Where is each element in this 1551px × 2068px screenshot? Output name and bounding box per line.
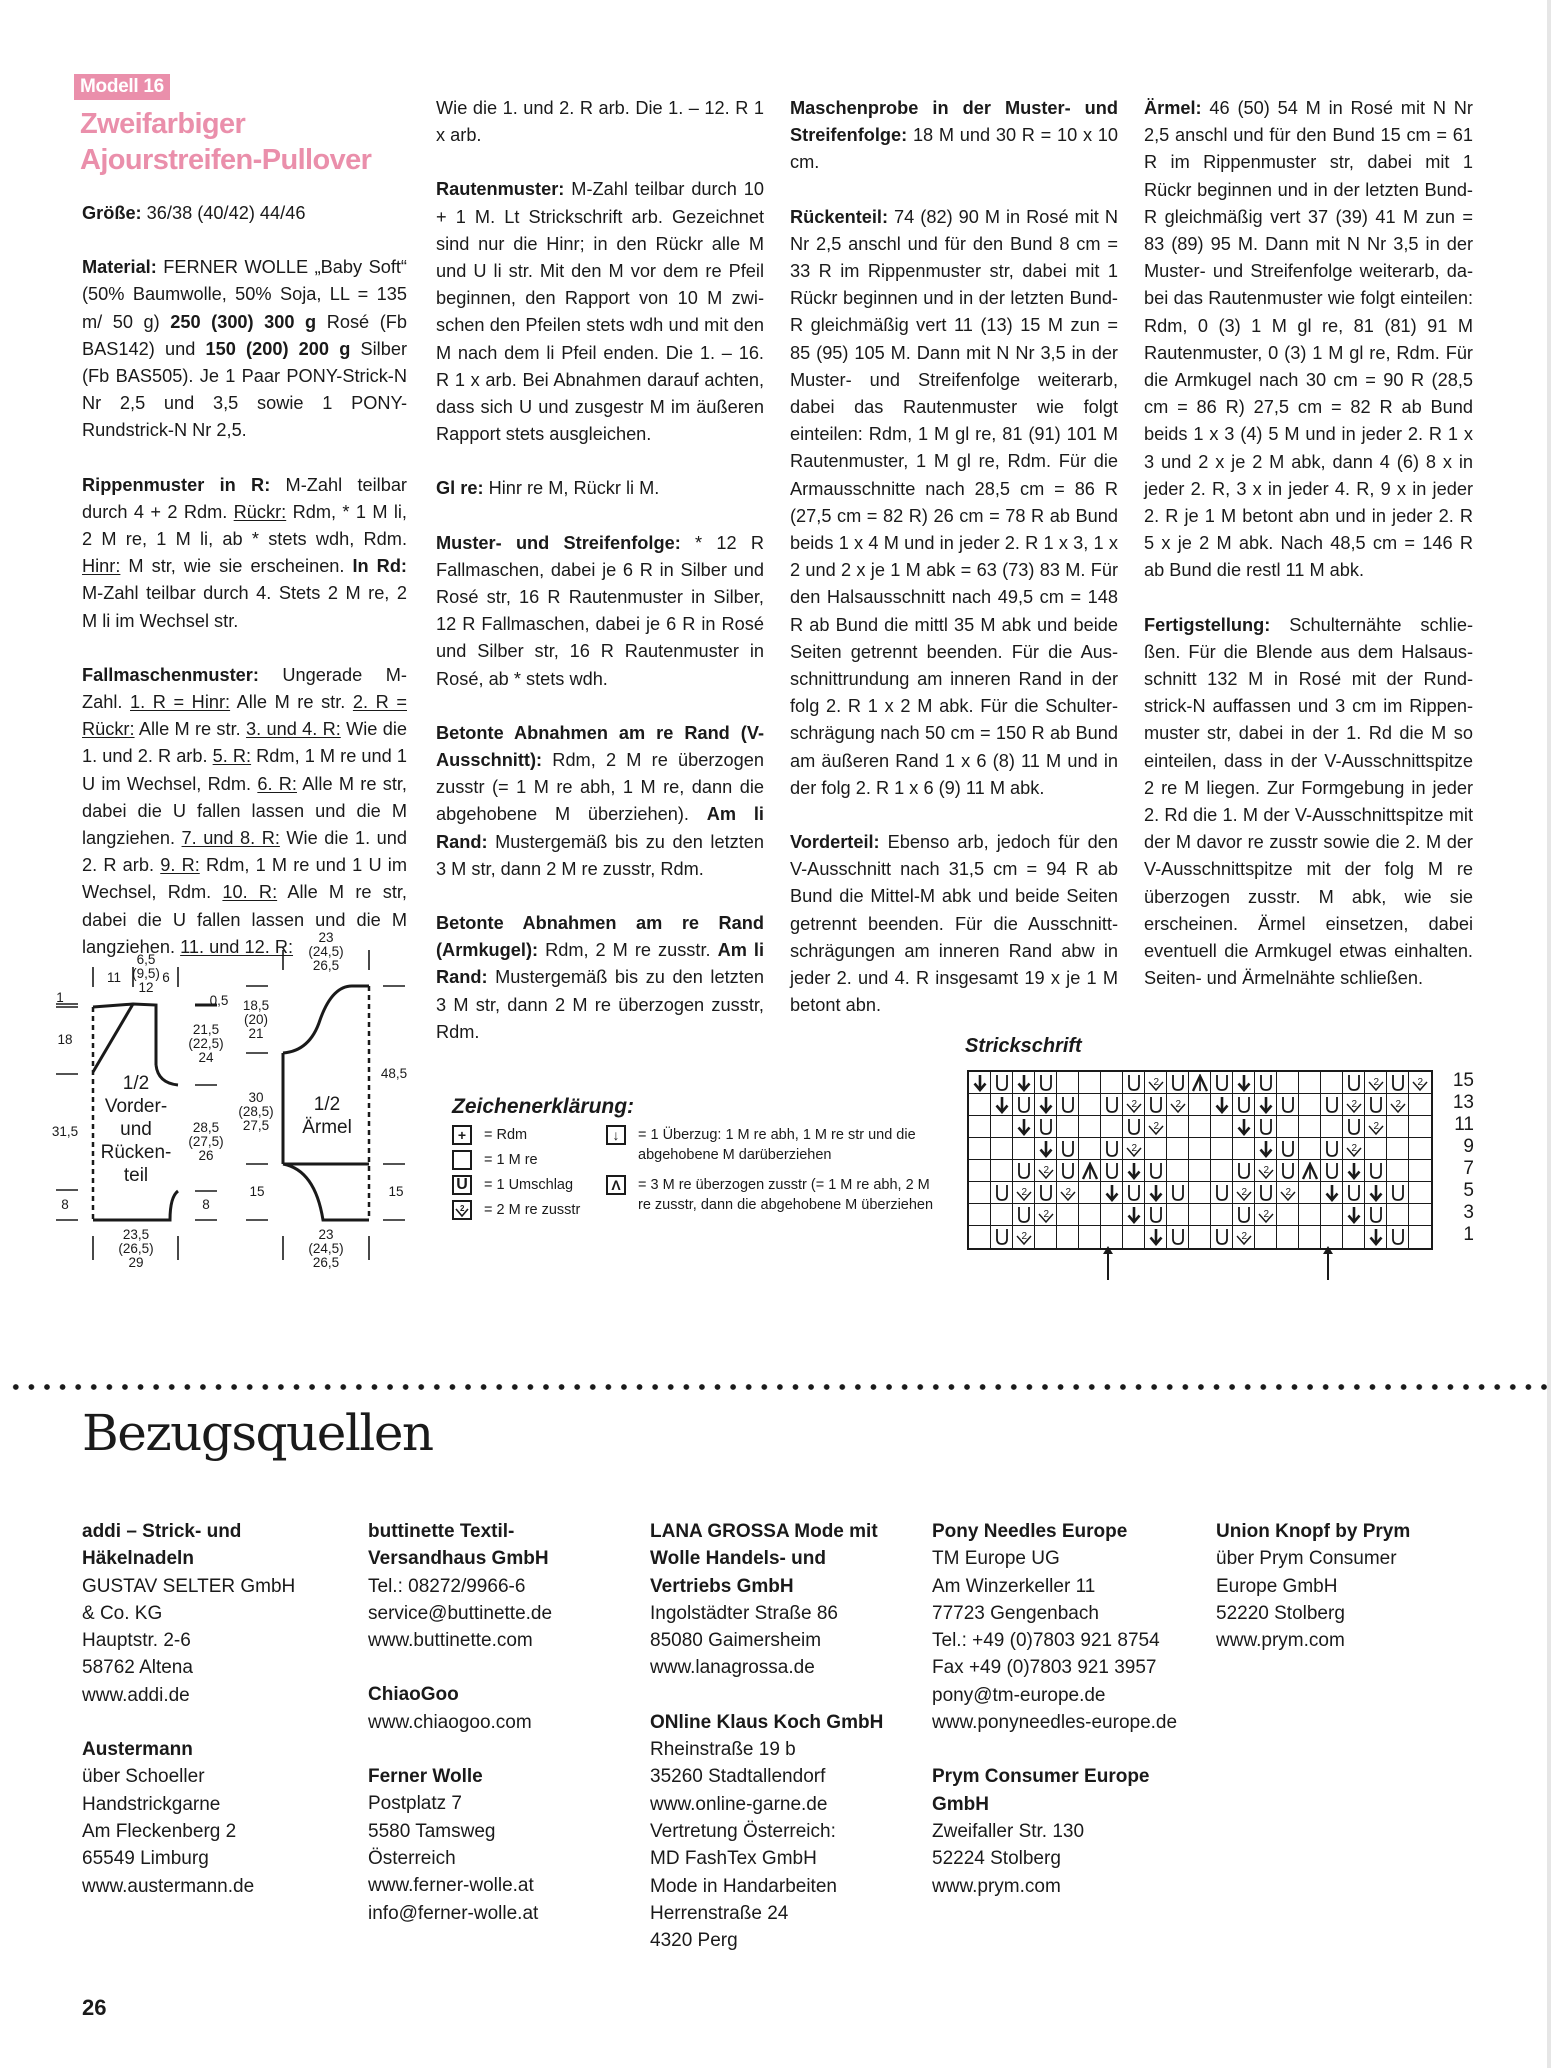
chart-cell xyxy=(1343,1072,1365,1094)
supplier-website[interactable]: www.chiaogoo.com xyxy=(368,1709,648,1736)
yarn-over-icon xyxy=(1017,1096,1031,1114)
chart-cell xyxy=(1189,1182,1211,1204)
pattern-title: Zweifarbiger Ajourstreifen-Pullover xyxy=(80,106,371,178)
svg-text:2: 2 xyxy=(460,1204,465,1213)
chart-cell xyxy=(1387,1138,1409,1160)
chart-cell xyxy=(1321,1116,1343,1138)
supplier-email[interactable]: info@ferner-wolle.at xyxy=(368,1900,648,1927)
chart-cell xyxy=(1057,1226,1079,1248)
chart-cell xyxy=(1409,1160,1431,1182)
legend-text: = 3 M re überzogen zusstr (= 1 M re abh,… xyxy=(638,1175,938,1215)
chart-cell xyxy=(1035,1138,1057,1160)
chart-cell xyxy=(1123,1160,1145,1182)
chart-cell xyxy=(1277,1204,1299,1226)
chart-cell xyxy=(1013,1138,1035,1160)
k2tog-icon: 2 xyxy=(1015,1228,1033,1246)
supplier-address-line: Herrenstraße 24 xyxy=(650,1900,930,1927)
chart-cell xyxy=(1321,1204,1343,1226)
legend-item-k2tog: 2 = 2 M re zusstr xyxy=(452,1200,614,1220)
svg-text:2: 2 xyxy=(1285,1187,1291,1198)
text: 36/38 (40/42) 44/46 xyxy=(142,203,306,223)
chart-cell xyxy=(1057,1204,1079,1226)
supplier-address-line: MD FashTex GmbH xyxy=(650,1845,930,1872)
yarn-over-icon xyxy=(1215,1074,1229,1092)
legend-item-knit: = 1 M re xyxy=(452,1150,614,1170)
section-maschenprobe: Maschenprobe in der Muster- und Streifen… xyxy=(790,95,1118,177)
yarn-over-icon xyxy=(1171,1074,1185,1092)
supplier-address-line: Zweifaller Str. 130 xyxy=(932,1818,1212,1845)
section-material: Material: FERNER WOLLE „Baby Soft“ (50% … xyxy=(82,254,407,444)
svg-text:2: 2 xyxy=(1153,1121,1159,1132)
section-fallmaschen-cont: Wie die 1. und 2. R arb. Die 1. – 12. R … xyxy=(436,95,764,149)
svg-text:2: 2 xyxy=(1043,1209,1049,1220)
chart-cell xyxy=(1321,1226,1343,1248)
yarn-over-icon xyxy=(1259,1074,1273,1092)
k2tog-icon: 2 xyxy=(1257,1162,1275,1180)
yarn-over-icon xyxy=(1215,1228,1229,1246)
yarn-over-icon xyxy=(1149,1096,1163,1114)
sources-column: addi – Strick- undHäkelnadelnGUSTAV SELT… xyxy=(82,1518,362,1927)
supplier-address-line: GUSTAV SELTER GmbH xyxy=(82,1573,362,1600)
chart-cell xyxy=(1057,1116,1079,1138)
text: Alle M re str. xyxy=(135,719,246,739)
svg-text:2: 2 xyxy=(1373,1121,1379,1132)
chart-cell: 2 xyxy=(1035,1160,1057,1182)
row-number: 7 xyxy=(1440,1158,1474,1180)
chart-cell: 2 xyxy=(1145,1116,1167,1138)
chart-cell xyxy=(1079,1182,1101,1204)
text: Schulternähte schlie­ßen. Für die Blende… xyxy=(1144,615,1473,989)
supplier-entry: Ferner WollePostplatz 75580 TamswegÖster… xyxy=(368,1763,648,1927)
supplier-entry: Union Knopf by Prymüber Prym ConsumerEur… xyxy=(1216,1518,1496,1654)
text: M str, wie sie erscheinen. xyxy=(120,556,352,576)
skp-icon xyxy=(1017,1074,1031,1092)
supplier-address-line: 35260 Stadtallendorf xyxy=(650,1763,930,1790)
chart-cell: 2 xyxy=(1013,1182,1035,1204)
chart-cell xyxy=(1343,1182,1365,1204)
underlined: 9. R: xyxy=(160,855,200,875)
chart-cell xyxy=(1299,1116,1321,1138)
chart-cell xyxy=(1035,1072,1057,1094)
skp-icon xyxy=(1039,1096,1053,1114)
chart-cell xyxy=(1101,1094,1123,1116)
k2tog-icon: 2 xyxy=(1345,1140,1363,1158)
chart-cell xyxy=(1233,1094,1255,1116)
chart-cell: 2 xyxy=(1387,1094,1409,1116)
text: Rdm, 2 M re zusstr. xyxy=(538,940,718,960)
chart-cell xyxy=(969,1226,991,1248)
chart-cell xyxy=(1211,1138,1233,1160)
chart-cell xyxy=(1233,1138,1255,1160)
chart-cell xyxy=(1321,1138,1343,1160)
chart-cell xyxy=(1189,1094,1211,1116)
yarn-over-icon xyxy=(1039,1184,1053,1202)
svg-text:2: 2 xyxy=(1131,1099,1137,1110)
skp-icon xyxy=(995,1096,1009,1114)
supplier-address-line: Vertretung Österreich: xyxy=(650,1818,930,1845)
sources-column: Pony Needles EuropeTM Europe UGAm Winzer… xyxy=(932,1518,1212,1927)
chart-cell: 2 xyxy=(1365,1072,1387,1094)
dim-cuff-height: 15 xyxy=(246,1185,268,1199)
supplier-address-line: Handstrickgarne xyxy=(82,1791,362,1818)
supplier-address-line: Tel.: +49 (0)7803 921 8754 xyxy=(932,1627,1212,1654)
supplier-website[interactable]: www.austermann.de xyxy=(82,1873,362,1900)
chart-cell xyxy=(1101,1226,1123,1248)
chart-cell xyxy=(1365,1204,1387,1226)
yarn-over-icon xyxy=(1325,1140,1339,1158)
chart-cell xyxy=(1409,1182,1431,1204)
chart-cell xyxy=(1189,1204,1211,1226)
label: In Rd: xyxy=(353,556,407,576)
chart-cell xyxy=(1035,1182,1057,1204)
chart-cell: 2 xyxy=(1255,1204,1277,1226)
k2tog-icon: 2 xyxy=(1367,1074,1385,1092)
legend-text: = Rdm xyxy=(484,1125,614,1145)
dim-neck-drop: 0,5 xyxy=(208,994,230,1008)
body-piece-label: 1/2 Vorder- und Rücken- teil xyxy=(95,1072,177,1187)
supplier-address-line: Hauptstr. 2-6 xyxy=(82,1627,362,1654)
text: 74 (82) 90 M in Rosé mit N Nr 2,5 anschl… xyxy=(790,207,1118,798)
chart-cell xyxy=(1387,1072,1409,1094)
chart-cell: 2 xyxy=(1365,1116,1387,1138)
chart-cell xyxy=(1145,1160,1167,1182)
label: Material: xyxy=(82,257,157,277)
supplier-website[interactable]: www.ferner-wolle.at xyxy=(368,1872,648,1899)
yarn-over-icon xyxy=(1369,1162,1383,1180)
chart-cell xyxy=(1321,1094,1343,1116)
chart-cell: 2 xyxy=(1233,1182,1255,1204)
row-number: 3 xyxy=(1440,1202,1474,1224)
svg-text:2: 2 xyxy=(1351,1099,1357,1110)
supplier-address-line: 85080 Gaimersheim xyxy=(650,1627,930,1654)
text: Alle M re str. xyxy=(230,692,353,712)
skp-icon xyxy=(1215,1096,1229,1114)
chart-cell xyxy=(1387,1182,1409,1204)
section-vorderteil: Vorderteil: Ebenso arb, jedoch für den V… xyxy=(790,829,1118,1019)
chart-cell xyxy=(1035,1226,1057,1248)
row-number: 9 xyxy=(1440,1136,1474,1158)
chart-cell xyxy=(1123,1116,1145,1138)
skp-icon xyxy=(1105,1184,1119,1202)
skp-icon xyxy=(1017,1118,1031,1136)
supplier-name: Versandhaus GmbH xyxy=(368,1545,648,1572)
sleeve-piece-label: 1/2 Ärmel xyxy=(286,1093,368,1139)
amount-rose: 250 (300) 300 g xyxy=(170,312,316,332)
instructions-column-2: Wie die 1. und 2. R arb. Die 1. – 12. R … xyxy=(436,95,764,1073)
k2tog-icon: 2 xyxy=(1015,1184,1033,1202)
supplier-entry: LANA GROSSA Mode mitWolle Handels- undVe… xyxy=(650,1518,930,1682)
chart-cell xyxy=(1145,1182,1167,1204)
skp-icon xyxy=(1149,1228,1163,1246)
chart-cell xyxy=(1167,1138,1189,1160)
skp-icon xyxy=(1039,1140,1053,1158)
sk2p-icon xyxy=(1301,1162,1319,1180)
supplier-address-line: 4320 Perg xyxy=(650,1927,930,1954)
sources-column: Union Knopf by Prymüber Prym ConsumerEur… xyxy=(1216,1518,1496,1681)
underlined: Rückr: xyxy=(234,502,287,522)
model-badge: Modell 16 xyxy=(74,74,170,100)
yarn-over-icon xyxy=(995,1184,1009,1202)
svg-text:2: 2 xyxy=(1131,1143,1137,1154)
chart-cell xyxy=(1343,1116,1365,1138)
chart-cell xyxy=(1321,1160,1343,1182)
supplier-email[interactable]: service@buttinette.de xyxy=(368,1600,648,1627)
chart-cell xyxy=(1365,1138,1387,1160)
chart-cell xyxy=(1145,1226,1167,1248)
skp-icon xyxy=(1259,1096,1273,1114)
dim-sleeve-total: 48,5 xyxy=(376,1067,412,1081)
chart-cell xyxy=(1101,1160,1123,1182)
k2tog-icon: 2 xyxy=(1411,1074,1429,1092)
underlined: Hinr: xyxy=(82,556,120,576)
chart-cell: 2 xyxy=(1277,1182,1299,1204)
section-rippenmuster: Rippenmuster in R: M-Zahl teilbar durch … xyxy=(82,472,407,635)
chart-cell xyxy=(1299,1204,1321,1226)
supplier-address-line: Postplatz 7 xyxy=(368,1790,648,1817)
section-abnahmen-v: Betonte Abnahmen am re Rand (V-Ausschnit… xyxy=(436,720,764,883)
chart-cell xyxy=(1167,1204,1189,1226)
chart-cell xyxy=(1123,1226,1145,1248)
chart-cell xyxy=(1035,1116,1057,1138)
k2tog-icon: 2 xyxy=(1235,1184,1253,1202)
yarn-over-icon xyxy=(1061,1096,1075,1114)
k2tog-icon: 2 xyxy=(1235,1228,1253,1246)
dim-sleeve-length: 30 (28,5) 27,5 xyxy=(236,1091,276,1133)
yarn-over-icon xyxy=(1347,1074,1361,1092)
chart-cell xyxy=(1321,1072,1343,1094)
supplier-website[interactable]: www.addi.de xyxy=(82,1682,362,1709)
chart-cell xyxy=(991,1116,1013,1138)
chart-cell xyxy=(1277,1160,1299,1182)
chart-cell xyxy=(991,1204,1013,1226)
supplier-name: Häkelnadeln xyxy=(82,1545,362,1572)
chart-cell xyxy=(1233,1072,1255,1094)
page-number: 26 xyxy=(82,1995,106,2021)
dim-side-length: 31,5 xyxy=(50,1125,80,1139)
supplier-address-line: Österreich xyxy=(368,1845,648,1872)
skp-icon xyxy=(1325,1184,1339,1202)
k2tog-icon: 2 xyxy=(1125,1140,1143,1158)
chart-cell xyxy=(1123,1204,1145,1226)
chart-cell xyxy=(969,1116,991,1138)
supplier-address-line: Am Fleckenberg 2 xyxy=(82,1818,362,1845)
yarn-over-icon xyxy=(1039,1074,1053,1092)
supplier-address-line: Europe GmbH xyxy=(1216,1573,1496,1600)
text: 46 (50) 54 M in Rosé mit N Nr 2,5 anschl… xyxy=(1144,98,1473,580)
chart-cell xyxy=(991,1094,1013,1116)
supplier-website[interactable]: www.buttinette.com xyxy=(368,1627,648,1654)
svg-text:2: 2 xyxy=(1021,1187,1027,1198)
text: M-Zahl teilbar durch 4. Stets 2 M re, 2 … xyxy=(82,583,407,630)
section-rueckenteil: Rückenteil: 74 (82) 90 M in Rosé mit N N… xyxy=(790,204,1118,802)
supplier-name: Vertriebs GmbH xyxy=(650,1573,930,1600)
chart-cell xyxy=(991,1182,1013,1204)
k2tog-icon: 2 xyxy=(1345,1096,1363,1114)
yarn-over-icon xyxy=(1347,1184,1361,1202)
svg-text:2: 2 xyxy=(1241,1231,1247,1242)
yarn-over-icon xyxy=(1281,1140,1295,1158)
yarn-over-icon xyxy=(1391,1184,1405,1202)
chart-cell: 2 xyxy=(1233,1226,1255,1248)
legend-text: = 1 Überzug: 1 M re abh, 1 M re str und … xyxy=(638,1125,938,1165)
yarn-over-icon xyxy=(1347,1118,1361,1136)
supplier-address-line: Am Winzerkeller 11 xyxy=(932,1573,1212,1600)
chart-cell xyxy=(1079,1116,1101,1138)
yarn-over-icon xyxy=(1171,1184,1185,1202)
supplier-entry: ONline Klaus Koch GmbHRheinstraße 19 b35… xyxy=(650,1709,930,1955)
supplier-website[interactable]: www.online-garne.de xyxy=(650,1791,930,1818)
instructions-column-3: Maschenprobe in der Muster- und Streifen… xyxy=(790,95,1118,1047)
sources-column: buttinette Textil-Versandhaus GmbHTel.: … xyxy=(368,1518,648,1954)
chart-cell xyxy=(1387,1160,1409,1182)
chart-cell xyxy=(1211,1204,1233,1226)
svg-text:2: 2 xyxy=(1418,1077,1424,1088)
supplier-address-line: Tel.: 08272/9966-6 xyxy=(368,1573,648,1600)
dotted-separator xyxy=(8,1382,1551,1392)
row-number: 1 xyxy=(1440,1224,1474,1246)
chart-cell xyxy=(1299,1072,1321,1094)
chart-cell: 2 xyxy=(1343,1138,1365,1160)
legend-item-yarn-over: U = 1 Umschlag xyxy=(452,1175,614,1195)
chart-cell xyxy=(1387,1116,1409,1138)
chart-cell xyxy=(1343,1204,1365,1226)
section-fertigstellung: Fertigstellung: Schulternähte schlie­ßen… xyxy=(1144,612,1473,993)
chart-cell xyxy=(1255,1116,1277,1138)
text: Hinr re M, Rückr li M. xyxy=(484,478,660,498)
supplier-address-line: 58762 Altena xyxy=(82,1654,362,1681)
yarn-over-icon xyxy=(1017,1206,1031,1224)
dim-v-neck-depth: 18 xyxy=(54,1033,76,1047)
chart-cell xyxy=(1167,1116,1189,1138)
knitting-chart-grid: 222222222222222222222 xyxy=(967,1070,1433,1250)
supplier-website[interactable]: www.prym.com xyxy=(932,1873,1212,1900)
supplier-website[interactable]: www.prym.com xyxy=(1216,1627,1496,1654)
dim-armhole-depth: 21,5 (22,5) 24 xyxy=(186,1023,226,1065)
text: * 12 R Fallmaschen, dabei je 6 R in Silb… xyxy=(436,533,764,689)
skp-icon xyxy=(1127,1162,1141,1180)
chart-cell xyxy=(1299,1138,1321,1160)
row-number: 11 xyxy=(1440,1114,1474,1136)
label: Rautenmuster: xyxy=(436,179,564,199)
supplier-address-line: 52220 Stolberg xyxy=(1216,1600,1496,1627)
chart-cell xyxy=(1299,1182,1321,1204)
k2tog-icon: 2 xyxy=(1169,1096,1187,1114)
chart-cell xyxy=(1057,1160,1079,1182)
chart-cell xyxy=(1057,1138,1079,1160)
chart-cell xyxy=(1189,1116,1211,1138)
supplier-name: Union Knopf by Prym xyxy=(1216,1518,1496,1545)
yarn-over-icon xyxy=(1281,1162,1295,1180)
supplier-website[interactable]: www.lanagrossa.de xyxy=(650,1654,930,1681)
chart-cell xyxy=(1013,1116,1035,1138)
chart-title: Strickschrift xyxy=(965,1035,1082,1058)
supplier-address-line: 77723 Gengenbach xyxy=(932,1600,1212,1627)
yarn-over-icon xyxy=(1105,1140,1119,1158)
chart-cell: 2 xyxy=(1343,1094,1365,1116)
chart-cell xyxy=(969,1204,991,1226)
supplier-name: GmbH xyxy=(932,1791,1212,1818)
chart-cell xyxy=(1145,1094,1167,1116)
repeat-end-arrow-icon xyxy=(1327,1252,1329,1280)
amount-silber: 150 (200) 200 g xyxy=(206,339,351,359)
chart-cell xyxy=(1101,1204,1123,1226)
skp-icon xyxy=(1347,1206,1361,1224)
section-abnahmen-arm: Betonte Abnahmen am re Rand (Armkugel): … xyxy=(436,910,764,1046)
svg-text:2: 2 xyxy=(1153,1077,1159,1088)
chart-cell xyxy=(1079,1204,1101,1226)
label-line: teil xyxy=(95,1164,177,1187)
chart-cell xyxy=(1343,1226,1365,1248)
chart-cell xyxy=(1255,1072,1277,1094)
chart-cell xyxy=(991,1138,1013,1160)
supplier-website[interactable]: www.ponyneedles-europe.de xyxy=(932,1709,1212,1736)
chart-cell xyxy=(1277,1116,1299,1138)
supplier-address-line: Mode in Handarbeiten xyxy=(650,1873,930,1900)
underlined: 1. R = Hinr: xyxy=(130,692,230,712)
chart-cell xyxy=(1233,1204,1255,1226)
sk2p-icon: Λ xyxy=(606,1175,626,1195)
dim-sleeve-bottom-width: 23 (24,5) 26,5 xyxy=(304,1228,348,1270)
supplier-name: addi – Strick- und xyxy=(82,1518,362,1545)
yarn-over-icon xyxy=(1259,1184,1273,1202)
chart-cell xyxy=(1211,1072,1233,1094)
chart-cell xyxy=(1013,1204,1035,1226)
row-number: 5 xyxy=(1440,1180,1474,1202)
chart-cell xyxy=(1299,1094,1321,1116)
yarn-over-icon xyxy=(1061,1140,1075,1158)
chart-cell: 2 xyxy=(1123,1138,1145,1160)
skp-icon xyxy=(1259,1140,1273,1158)
chart-cell xyxy=(969,1160,991,1182)
chart-cell xyxy=(1079,1138,1101,1160)
chart-cell xyxy=(991,1160,1013,1182)
underlined: 7. und 8. R: xyxy=(182,828,280,848)
skp-icon xyxy=(1237,1118,1251,1136)
supplier-name: Austermann xyxy=(82,1736,362,1763)
chart-cell xyxy=(1189,1226,1211,1248)
text: Wie die 1. und 2. R arb. Die 1. – 12. R … xyxy=(436,98,764,145)
chart-cell xyxy=(969,1182,991,1204)
supplier-address-line: 52224 Stolberg xyxy=(932,1845,1212,1872)
yarn-over-icon xyxy=(1259,1118,1273,1136)
supplier-entry: Austermannüber SchoellerHandstrickgarneA… xyxy=(82,1736,362,1900)
chart-cell xyxy=(969,1138,991,1160)
legend-text: = 1 Umschlag xyxy=(484,1175,614,1195)
chart-cell: 2 xyxy=(1057,1182,1079,1204)
k2tog-icon: 2 xyxy=(1147,1074,1165,1092)
label: Ärmel: xyxy=(1144,98,1202,118)
svg-text:2: 2 xyxy=(1373,1077,1379,1088)
chart-cell xyxy=(1123,1182,1145,1204)
chart-cell xyxy=(1013,1072,1035,1094)
yarn-over-icon xyxy=(1171,1228,1185,1246)
k2tog-icon: 2 xyxy=(1037,1162,1055,1180)
knit-stitch-icon xyxy=(452,1150,472,1170)
section-groesse: Größe: 36/38 (40/42) 44/46 xyxy=(82,200,407,227)
chart-cell xyxy=(1079,1072,1101,1094)
chart-cell: 2 xyxy=(1409,1072,1431,1094)
chart-cell xyxy=(1189,1138,1211,1160)
chart-cell xyxy=(1145,1138,1167,1160)
label-line: 1/2 xyxy=(95,1072,177,1095)
label-line: Rücken- xyxy=(95,1141,177,1164)
text: M-Zahl teilbar durch 10 + 1 M. Lt Strick… xyxy=(436,179,764,444)
yarn-over-icon xyxy=(1127,1184,1141,1202)
label-line: und xyxy=(95,1118,177,1141)
supplier-address-line: & Co. KG xyxy=(82,1600,362,1627)
supplier-email[interactable]: pony@tm-europe.de xyxy=(932,1682,1212,1709)
yarn-over-icon xyxy=(1105,1096,1119,1114)
